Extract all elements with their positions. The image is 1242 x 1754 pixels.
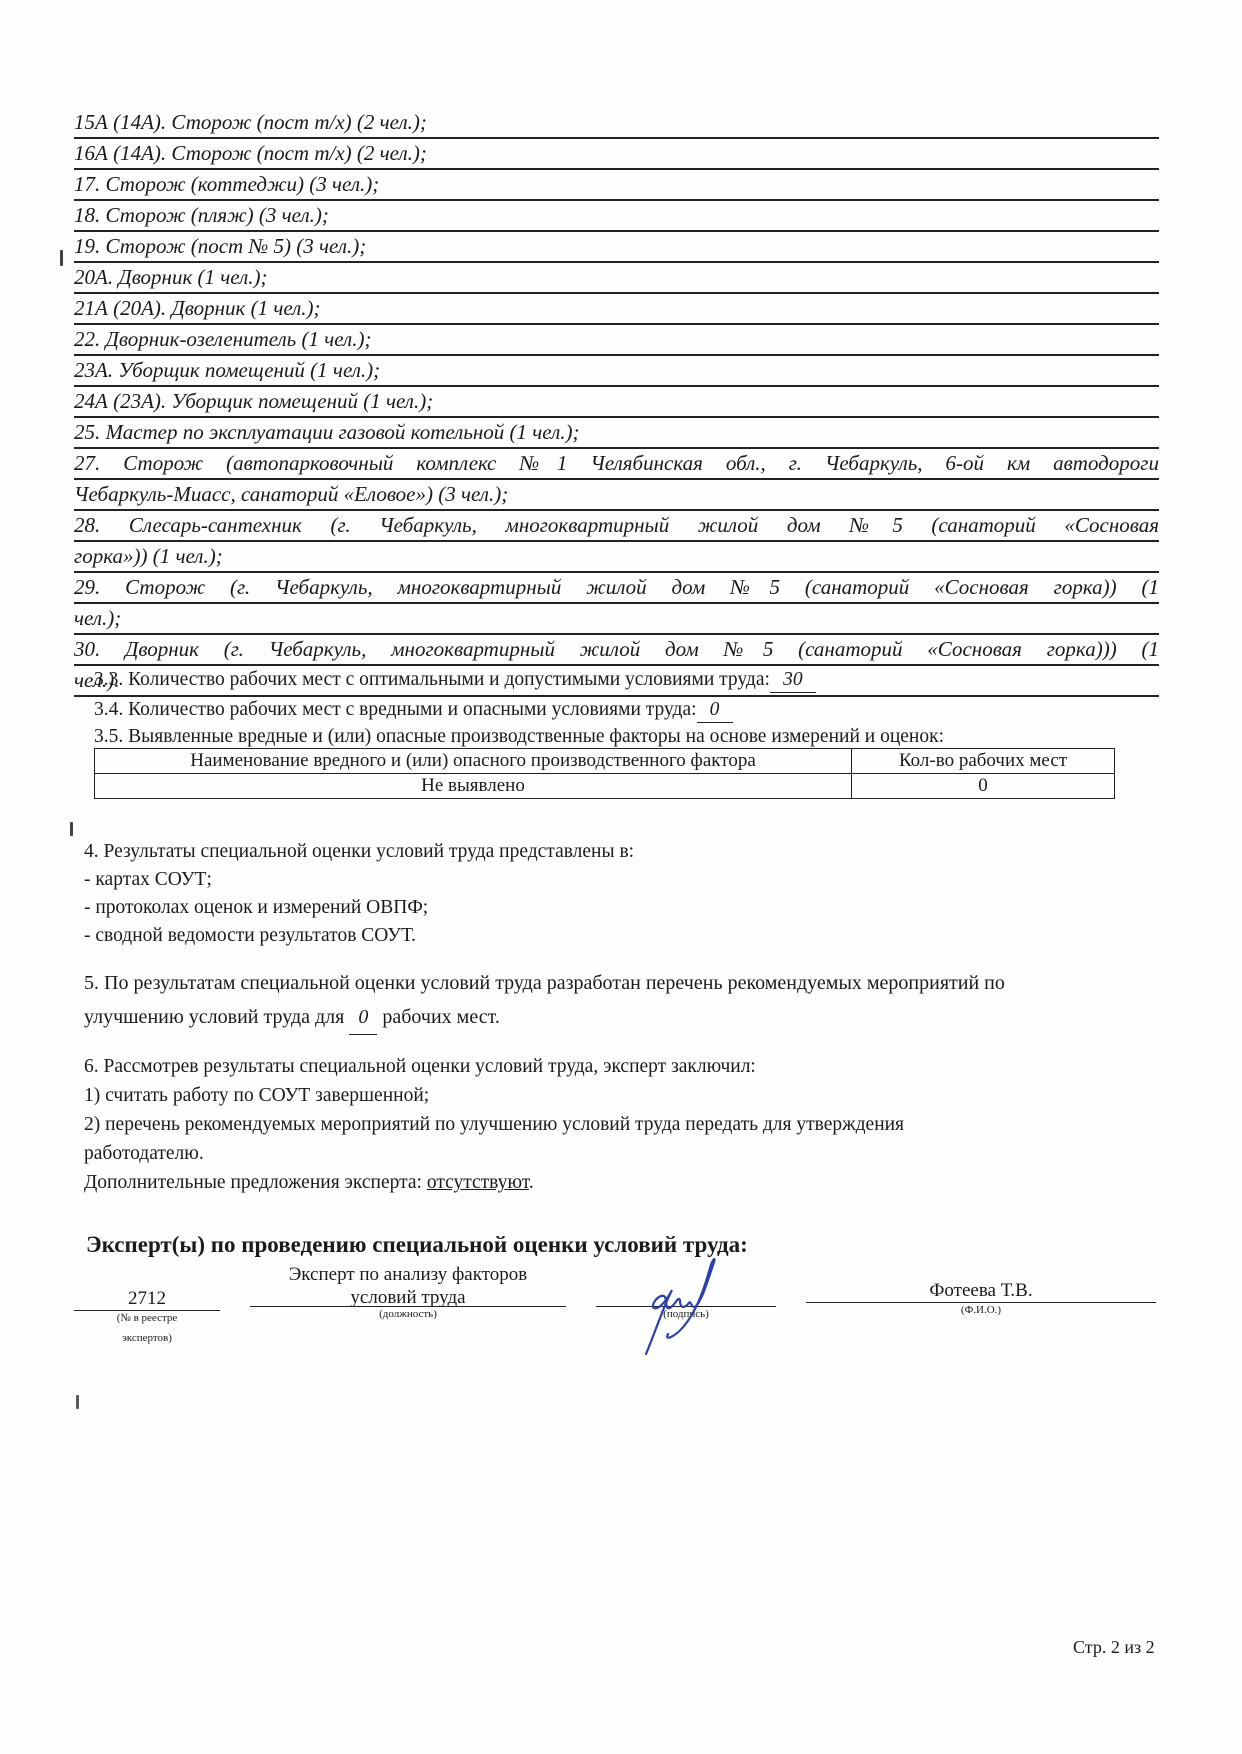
list-item: 16А (14А). Сторож (пост т/х) (2 чел.);: [74, 139, 1159, 170]
list-item-line: 27. Сторож (автопарковочный комплекс №1 …: [74, 449, 1159, 480]
section-4: 4. Результаты специальной оценки условий…: [84, 838, 634, 950]
section-5-line-1: 5. По результатам специальной оценки усл…: [84, 966, 1005, 1000]
section-3-4-label: 3.4. Количество рабочих мест с вредными …: [94, 699, 697, 720]
expert-proposals-label: Дополнительные предложения эксперта:: [84, 1172, 422, 1193]
list-item: 15А (14А). Сторож (пост т/х) (2 чел.);: [74, 108, 1159, 139]
section-4-item: - протоколах оценок и измерений ОВПФ;: [84, 894, 634, 922]
list-item: 25. Мастер по эксплуатации газовой котел…: [74, 418, 1159, 449]
recommended-measures-count: 0: [349, 1000, 377, 1035]
section-6-item-1: 1) считать работу по СОУТ завершенной;: [84, 1081, 904, 1110]
section-6-title: 6. Рассмотрев результаты специальной оце…: [84, 1052, 904, 1081]
position-line-1: Эксперт по анализу факторов: [250, 1263, 566, 1286]
expert-position: Эксперт по анализу факторов условий труд…: [250, 1263, 566, 1309]
position-field: (должность): [250, 1306, 566, 1321]
section-3-3-label: 3.3. Количество рабочих мест с оптимальн…: [94, 669, 770, 690]
section-5: 5. По результатам специальной оценки усл…: [84, 966, 1005, 1035]
expert-proposals-value: отсутствуют: [427, 1172, 529, 1193]
list-item: 17. Сторож (коттеджи) (3 чел.);: [74, 170, 1159, 201]
registry-caption-2: экспертов): [74, 1331, 220, 1345]
section-5-text-end: рабочих мест.: [382, 1006, 499, 1028]
list-item: 19. Сторож (пост № 5) (3 чел.);: [74, 232, 1159, 263]
list-item-line: горка»)) (1 чел.);: [74, 542, 1159, 573]
signature-icon: [628, 1250, 738, 1360]
expert-proposals-end: .: [529, 1172, 534, 1193]
name-caption: (Ф.И.О.): [806, 1303, 1156, 1317]
registry-number: 2712: [74, 1288, 220, 1310]
expert-proposals: Дополнительные предложения эксперта: отс…: [84, 1168, 904, 1197]
list-item-line: 29. Сторож (г. Чебаркуль, многоквартирны…: [74, 573, 1159, 604]
list-item: 24А (23А). Уборщик помещений (1 чел.);: [74, 387, 1159, 418]
cell-factor: Не выявлено: [95, 774, 852, 799]
scan-artifact: [70, 822, 73, 836]
section-6-item-2: 2) перечень рекомендуемых мероприятий по…: [84, 1110, 904, 1139]
registry-field: (№ в реестре экспертов): [74, 1310, 220, 1345]
list-item: 28. Слесарь-сантехник (г. Чебаркуль, мно…: [74, 511, 1159, 573]
position-caption: (должность): [250, 1307, 566, 1321]
list-item: 21А (20А). Дворник (1 чел.);: [74, 294, 1159, 325]
harmful-workplaces-count: 0: [697, 698, 733, 723]
page-number: Стр. 2 из 2: [1073, 1637, 1155, 1658]
section-4-title: 4. Результаты специальной оценки условий…: [84, 838, 634, 866]
column-header-factor: Наименование вредного и (или) опасного п…: [95, 749, 852, 774]
table-header-row: Наименование вредного и (или) опасного п…: [95, 749, 1115, 774]
section-4-item: - картах СОУТ;: [84, 866, 634, 894]
list-item-line: 28. Слесарь-сантехник (г. Чебаркуль, мно…: [74, 511, 1159, 542]
workplace-list: 15А (14А). Сторож (пост т/х) (2 чел.); 1…: [74, 108, 1159, 697]
list-item-line: 30. Дворник (г. Чебаркуль, многоквартирн…: [74, 635, 1159, 666]
list-item: 20А. Дворник (1 чел.);: [74, 263, 1159, 294]
section-3-3: 3.3. Количество рабочих мест с оптимальн…: [94, 668, 816, 693]
column-header-count: Кол-во рабочих мест: [852, 749, 1115, 774]
list-item: 18. Сторож (пляж) (3 чел.);: [74, 201, 1159, 232]
list-item: 29. Сторож (г. Чебаркуль, многоквартирны…: [74, 573, 1159, 635]
document-page: 15А (14А). Сторож (пост т/х) (2 чел.); 1…: [0, 0, 1242, 1754]
section-6: 6. Рассмотрев результаты специальной оце…: [84, 1052, 904, 1197]
section-3-4: 3.4. Количество рабочих мест с вредными …: [94, 698, 733, 723]
name-field: (Ф.И.О.): [806, 1302, 1156, 1317]
section-6-item-2-cont: работодателю.: [84, 1139, 904, 1168]
section-4-item: - сводной ведомости результатов СОУТ.: [84, 922, 634, 950]
section-5-text: улучшению условий труда для: [84, 1006, 344, 1028]
list-item-line: Чебаркуль-Миасс, санаторий «Еловое») (3 …: [74, 480, 1159, 511]
expert-name: Фотеева Т.В.: [806, 1280, 1156, 1302]
factors-table: Наименование вредного и (или) опасного п…: [94, 748, 1115, 799]
cell-count: 0: [852, 774, 1115, 799]
list-item: 22. Дворник-озеленитель (1 чел.);: [74, 325, 1159, 356]
optimal-workplaces-count: 30: [770, 668, 816, 693]
list-item: 27. Сторож (автопарковочный комплекс №1 …: [74, 449, 1159, 511]
table-row: Не выявлено 0: [95, 774, 1115, 799]
registry-caption: (№ в реестре: [74, 1311, 220, 1325]
list-item: 23А. Уборщик помещений (1 чел.);: [74, 356, 1159, 387]
section-3-5-label: 3.5. Выявленные вредные и (или) опасные …: [94, 726, 944, 747]
scan-artifact: [60, 250, 63, 266]
list-item-line: чел.);: [74, 604, 1159, 635]
section-5-line-2: улучшению условий труда для 0 рабочих ме…: [84, 1000, 1005, 1035]
section-3-5: 3.5. Выявленные вредные и (или) опасные …: [94, 725, 944, 749]
scan-artifact: [76, 1395, 79, 1409]
